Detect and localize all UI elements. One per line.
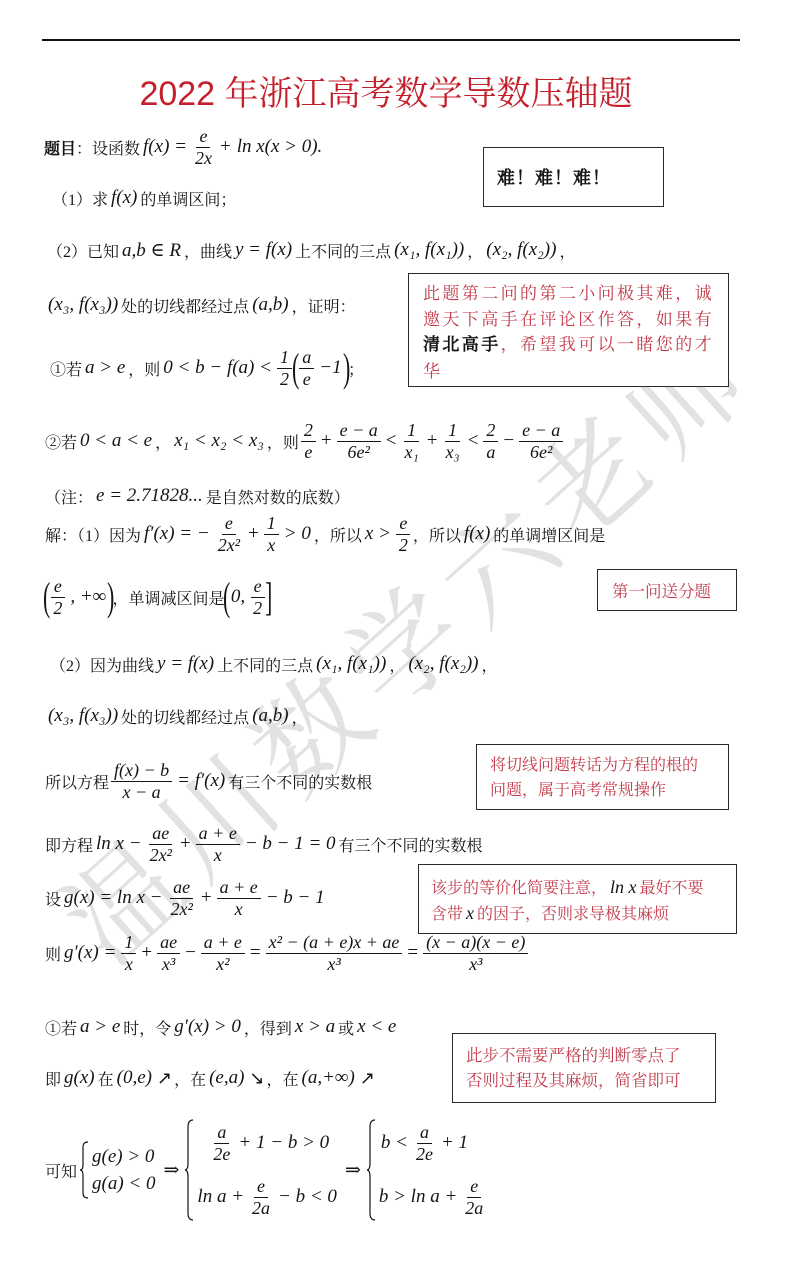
fraction: e − a6e² [519, 420, 563, 463]
text: 有三个不同的实数根 [228, 770, 372, 793]
denominator: x₁ [401, 442, 421, 463]
math-expr: (x₂, f(x₂)) [486, 239, 556, 261]
text: 即方程 [45, 833, 93, 856]
numerator: 1 [277, 347, 292, 369]
text: ，单调减区间是 [113, 586, 225, 609]
annotation-challenge: 此题第二问的第二小问极其难，诚 邀天下高手在评论区作答，如果有 清北高手，希望我… [408, 273, 729, 387]
math-expr: x₁ < x₂ < x₃ [174, 430, 264, 452]
math-expr: ln x(x > 0). [237, 136, 323, 158]
inequality-system: b < a2e + 1 b > ln a + e2a [366, 1116, 488, 1224]
math-expr: g′(x) > 0 [174, 1016, 241, 1038]
text: ，证明： [292, 294, 356, 317]
annotation-highlight: 清北高手 [423, 335, 501, 355]
math-expr: x [466, 903, 474, 923]
system-row: ln a + e2a − b < 0 [194, 1170, 340, 1224]
math-expr: 0 < b − f(a) < [163, 357, 272, 379]
annotation-tangent-note: 将切线问题转话为方程的根的 问题，属于高考常规操作 [476, 744, 729, 810]
denominator: x² [213, 954, 232, 975]
numerator: 1 [121, 932, 136, 954]
numerator: e [467, 1176, 481, 1198]
text: ，在 [267, 1067, 299, 1090]
fraction: 1x [121, 932, 136, 975]
denominator: 2a [249, 1198, 273, 1219]
system-row: g(a) < 0 [89, 1170, 158, 1197]
math-expr: f(x) [464, 523, 490, 545]
numerator: e − a [519, 420, 563, 442]
text: ①若 [45, 1016, 77, 1039]
text: 设 [45, 887, 61, 910]
math-expr: b > ln a + [379, 1186, 457, 1208]
numerator: ae [170, 877, 193, 899]
math-expr: (a,+∞) [302, 1067, 355, 1089]
math-expr: − b − 1 = 0 [245, 833, 336, 855]
big-paren: ( [223, 577, 230, 617]
math-expr: > 0 [284, 523, 311, 545]
denominator: 2 [277, 369, 292, 390]
fraction: ae [299, 347, 314, 390]
text: ，则 [128, 357, 160, 380]
fraction: 1x₁ [401, 420, 421, 463]
math-expr: g(x) = ln x − [64, 887, 162, 909]
denominator: 2e [210, 1144, 233, 1165]
annotation-line: 邀天下高手在评论区作答，如果有 [423, 307, 728, 333]
text: ，则 [267, 430, 299, 453]
math-expr: g(a) < 0 [92, 1173, 155, 1195]
text: 的单调区间； [140, 187, 236, 210]
numerator: a + e [201, 932, 245, 954]
annotation-line: 该步的等价化简要注意，ln x最好不要 [431, 875, 736, 901]
text: ， [559, 239, 575, 262]
math-expr: − b − 1 [266, 887, 325, 909]
operator: < [386, 430, 397, 452]
increasing-arrow-icon: ↗ [360, 1068, 375, 1089]
system-rows: b < a2e + 1 b > ln a + e2a [376, 1116, 488, 1224]
numerator: a [214, 1122, 229, 1144]
text: 在 [98, 1067, 114, 1090]
denominator: e [301, 442, 315, 463]
numerator: f(x) − b [111, 760, 172, 782]
denominator: x [264, 535, 278, 556]
numerator: a + e [196, 823, 240, 845]
numerator: 2 [483, 420, 498, 442]
numerator: e [196, 126, 210, 148]
problem-intro: ：设函数 [76, 136, 140, 159]
denominator: a [483, 442, 498, 463]
inequality-system: a2e + 1 − b > 0 ln a + e2a − b < 0 [184, 1116, 340, 1224]
fraction: e − a6e² [337, 420, 381, 463]
text: ，所以 [413, 523, 461, 546]
text: ， [155, 430, 171, 453]
math-expr: (x₁, f(x₁)) [316, 653, 386, 675]
implies-symbol: ⇒ [345, 1159, 361, 1182]
text: 是自然对数的底数） [206, 485, 350, 508]
annotation-line: 此题第二问的第二小问极其难，诚 [423, 281, 728, 307]
fraction: e2 [396, 513, 411, 556]
denominator: x³ [466, 954, 485, 975]
denominator: e [300, 369, 314, 390]
text: ，在 [174, 1067, 206, 1090]
denominator: x₃ [442, 442, 462, 463]
annotation-text: 第一问送分题 [612, 578, 711, 602]
problem-label: 题目 [44, 136, 76, 159]
system-row: g(e) > 0 [89, 1143, 158, 1170]
math-expr: ln a + [197, 1186, 244, 1208]
top-rule [42, 39, 740, 41]
denominator: 6e² [527, 442, 555, 463]
big-paren: ( [43, 577, 50, 617]
math-expr: 0, [231, 586, 245, 608]
decreasing-arrow-icon: ↘ [249, 1068, 264, 1089]
text: 则 [45, 942, 61, 965]
operator: < [468, 430, 479, 452]
text: 有三个不同的实数根 [339, 833, 483, 856]
numerator: a + e [217, 877, 261, 899]
numerator: 1 [264, 513, 279, 535]
system-row: a2e + 1 − b > 0 [194, 1116, 340, 1170]
math-expr: x > a [295, 1016, 335, 1038]
math-expr: + 1 − b > 0 [238, 1132, 329, 1154]
math-expr: (x₂, f(x₂)) [408, 653, 478, 675]
big-bracket: ] [265, 577, 272, 617]
fraction: 2a [483, 420, 498, 463]
fraction: f(x) − bx − a [111, 760, 172, 803]
math-expr: b < [381, 1132, 408, 1154]
math-expr: f(x) [111, 187, 137, 209]
denominator: 2x² [215, 535, 243, 556]
system-rows: g(e) > 0 g(a) < 0 [89, 1143, 158, 1197]
numerator: e [254, 1176, 268, 1198]
numerator: e [251, 576, 265, 598]
numerator: (x − a)(x − e) [423, 932, 528, 954]
annotation-line: 将切线问题转话为方程的根的 [490, 753, 728, 778]
fraction: x² − (a + e)x + aex³ [266, 932, 403, 975]
operator: − [185, 942, 196, 964]
denominator: x [122, 954, 136, 975]
fraction: (x − a)(x − e)x³ [423, 932, 528, 975]
operator: + [141, 942, 152, 964]
annotation-line: 问题，属于高考常规操作 [490, 778, 728, 803]
numerator: e [51, 576, 65, 598]
math-expr: g(e) > 0 [92, 1146, 154, 1168]
fraction: e2a [462, 1176, 486, 1219]
text: ②若 [45, 430, 77, 453]
denominator: x [211, 845, 225, 866]
text: （1）求 [52, 187, 108, 210]
inequality-system: g(e) > 0 g(a) < 0 [79, 1141, 158, 1199]
system-row: b > ln a + e2a [376, 1170, 488, 1224]
math-expr: (e,a) [209, 1067, 244, 1089]
math-expr: a > e [85, 357, 125, 379]
annotation-zero-note: 此步不需要严格的判断零点了 否则过程及其麻烦，简省即可 [452, 1033, 716, 1103]
fraction: ae2x² [147, 823, 175, 866]
big-paren: ( [292, 348, 299, 388]
denominator: 2x² [167, 899, 195, 920]
page-title: 2022 年浙江高考数学导数压轴题 [0, 74, 772, 114]
text: ， [292, 705, 308, 728]
fraction: 1x [264, 513, 279, 556]
fraction: aex³ [157, 932, 180, 975]
text: （2）已知 [47, 239, 119, 262]
annotation-line: 清北高手，希望我可以一睹您的才 [423, 332, 728, 359]
math-expr: (a,b) [252, 294, 288, 316]
annotation-equivalence-note: 该步的等价化简要注意，ln x最好不要 含带x的因子，否则求导极其麻烦 [418, 864, 737, 934]
fraction: ae2x² [167, 877, 195, 920]
fraction: a + ex [217, 877, 261, 920]
operator: + [248, 523, 259, 545]
math-expr: a > e [80, 1016, 120, 1038]
operator: = [250, 942, 261, 964]
math-expr: + 1 [441, 1132, 468, 1154]
operator: + [180, 833, 191, 855]
math-expr: ln x [610, 877, 637, 897]
text: （2）因为曲线 [50, 653, 154, 676]
numerator: ae [149, 823, 172, 845]
text: ， [482, 653, 498, 676]
text: 或 [338, 1016, 354, 1039]
denominator: x − a [120, 782, 164, 803]
operator: + [427, 430, 438, 452]
text: ， [467, 239, 483, 262]
math-expr: −1 [319, 357, 341, 379]
math-expr: (x₃, f(x₃)) [48, 705, 118, 727]
math-expr: ln x − [96, 833, 142, 855]
fraction: e2x² [215, 513, 243, 556]
text: 所以方程 [45, 770, 109, 793]
fraction: a2e [413, 1122, 436, 1165]
annotation-text: 含带 [431, 906, 463, 923]
denominator: x³ [159, 954, 178, 975]
operator: = [407, 942, 418, 964]
fraction: e2x [192, 126, 215, 169]
math-expr: e = 2.71828... [96, 485, 203, 507]
denominator: 2 [50, 598, 65, 619]
fraction: 2e [301, 420, 316, 463]
numerator: x² − (a + e)x + ae [266, 932, 403, 954]
annotation-line: 华 [423, 359, 728, 385]
math-expr: 0 < a < e [80, 430, 152, 452]
numerator: 1 [445, 420, 460, 442]
numerator: ae [157, 932, 180, 954]
math-expr: f(x) = [143, 136, 187, 158]
text: ，所以 [314, 523, 362, 546]
fraction: a2e [210, 1122, 233, 1165]
text: ，曲线 [184, 239, 232, 262]
annotation-text: 该步的等价化简要注意， [431, 880, 607, 897]
math-expr: = f′(x) [177, 770, 225, 792]
math-expr: y = f(x) [235, 239, 292, 261]
numerator: e [396, 513, 410, 535]
implies-symbol: ⇒ [164, 1159, 180, 1182]
text: 处的切线都经过点 [121, 294, 249, 317]
operator: + [321, 430, 332, 452]
fraction: e2 [50, 576, 65, 619]
denominator: x [232, 899, 246, 920]
math-expr: y = f(x) [157, 653, 214, 675]
text: 上不同的三点 [295, 239, 391, 262]
denominator: 2x [192, 148, 215, 169]
numerator: e [222, 513, 236, 535]
fraction: a + ex [196, 823, 240, 866]
text: 时，令 [123, 1016, 171, 1039]
left-brace-icon [184, 1119, 194, 1221]
fraction: 1x₃ [442, 420, 462, 463]
text: 的单调增区间是 [493, 523, 605, 546]
denominator: 2 [250, 598, 265, 619]
annotation-text: ，希望我可以一睹您的才 [501, 335, 714, 354]
denominator: x³ [324, 954, 343, 975]
text: 解：（1）因为 [45, 523, 141, 546]
numerator: 2 [301, 420, 316, 442]
increasing-arrow-icon: ↗ [157, 1068, 172, 1089]
annotation-hard: 难！难！难！ [483, 147, 664, 207]
math-expr: (x₁, f(x₁)) [394, 239, 464, 261]
denominator: 6e² [344, 442, 372, 463]
annotation-text: 难！难！难！ [497, 164, 611, 190]
text: ， [389, 653, 405, 676]
text: ，得到 [244, 1016, 292, 1039]
math-expr: g(x) [64, 1067, 95, 1089]
system-row: b < a2e + 1 [376, 1116, 488, 1170]
math-expr: , +∞ [70, 586, 106, 608]
fraction: e2a [249, 1176, 273, 1219]
text: （注： [45, 485, 93, 508]
math-expr: x > [365, 523, 391, 545]
denominator: 2e [413, 1144, 436, 1165]
numerator: a [417, 1122, 432, 1144]
math-expr: (0,e) [117, 1067, 152, 1089]
denominator: 2 [396, 535, 411, 556]
numerator: a [299, 347, 314, 369]
math-expr: (x₃, f(x₃)) [48, 294, 118, 316]
big-paren: ) [107, 577, 114, 617]
annotation-part1-easy: 第一问送分题 [597, 569, 737, 611]
big-paren: ) [343, 348, 350, 388]
math-expr: a,b ∈ R [122, 239, 181, 262]
numerator: 1 [404, 420, 419, 442]
math-expr: x < e [357, 1016, 396, 1038]
system-rows: a2e + 1 − b > 0 ln a + e2a − b < 0 [194, 1116, 340, 1224]
left-brace-icon [366, 1119, 376, 1221]
operator: + [201, 887, 212, 909]
fraction: e2 [250, 576, 265, 619]
text: 处的切线都经过点 [121, 705, 249, 728]
left-brace-icon [79, 1141, 89, 1199]
math-expr: − b < 0 [278, 1186, 337, 1208]
numerator: e − a [337, 420, 381, 442]
denominator: 2a [462, 1198, 486, 1219]
text: 即 [45, 1067, 61, 1090]
math-expr: g′(x) = [64, 942, 116, 964]
text: 上不同的三点 [217, 653, 313, 676]
annotation-line: 此步不需要严格的判断零点了 [466, 1043, 715, 1068]
fraction: a + ex² [201, 932, 245, 975]
text: ①若 [50, 357, 82, 380]
annotation-line: 否则过程及其麻烦，简省即可 [466, 1068, 715, 1093]
operator: − [503, 430, 514, 452]
annotation-text: 最好不要 [640, 880, 704, 897]
math-expr: (a,b) [252, 705, 288, 727]
text: 可知 [45, 1159, 77, 1182]
operator: + [220, 136, 231, 158]
denominator: 2x² [147, 845, 175, 866]
fraction: 12 [277, 347, 292, 390]
annotation-text: 的因子，否则求导极其麻烦 [477, 906, 669, 923]
annotation-line: 含带x的因子，否则求导极其麻烦 [431, 901, 736, 927]
math-expr: f′(x) = − [144, 523, 210, 545]
